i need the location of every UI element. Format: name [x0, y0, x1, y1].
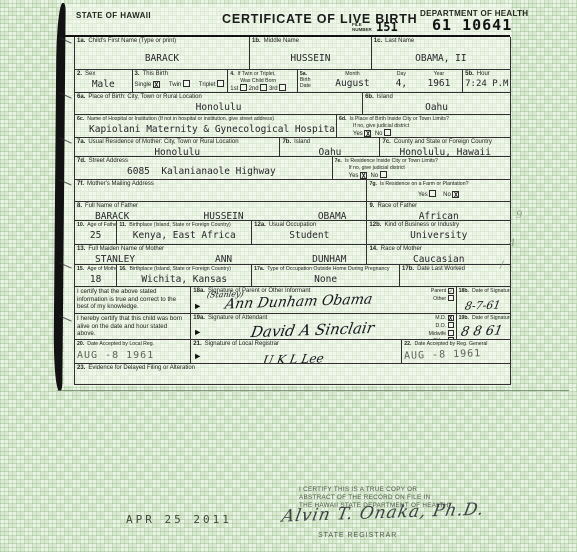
field-7f: 7f.Mother's Mailing Address	[75, 180, 366, 201]
field-6a: 6a.Place of Birth: City, Town or Rural L…	[75, 93, 362, 114]
row-registrar: 20.Date Accepted by Local Reg. AUG -8 19…	[75, 340, 510, 364]
checkbox-6d-no	[384, 129, 391, 136]
field-7a-label: Usual Residence of Mother: City, Town or…	[88, 139, 238, 146]
mother-maiden: DUNHAM	[312, 254, 346, 264]
signature-pointer-icon: ►	[193, 352, 202, 360]
field-11-label: Birthplace (Island, State or Foreign Cou…	[129, 222, 231, 229]
field-3-num: 3.	[135, 71, 140, 78]
month-label: Month	[320, 71, 385, 77]
checkbox-3rd-label: 3rd	[269, 86, 278, 92]
checkbox-md: X	[448, 315, 454, 321]
field-3: 3.This Birth Single XTwin Triplet	[132, 70, 228, 92]
field-5b-value: 7:24 P.M.	[465, 79, 508, 89]
checkbox-2nd	[260, 84, 267, 91]
field-7g-num: 7g.	[369, 181, 377, 188]
year-label: Year	[418, 71, 460, 77]
state-title: STATE OF HAWAII	[76, 11, 151, 20]
row-attendant-signature: I hereby certify that this child was bor…	[75, 314, 510, 340]
no-label: No	[375, 131, 383, 137]
year-value: 1961	[418, 78, 460, 89]
certificate-number: 61 10641	[432, 16, 512, 34]
father-first: BARACK	[95, 211, 129, 220]
field-18a-num: 18a.	[193, 288, 205, 295]
field-1c: 1c.Last Name OBAMA, II	[371, 37, 510, 69]
field-12b-label: Kind of Business or Industry	[384, 222, 459, 229]
field-11-value: Kenya, East Africa	[119, 230, 249, 241]
field-9-value: African	[369, 211, 508, 220]
yes-label: Yes	[353, 131, 363, 137]
field-15-num: 15.	[77, 266, 84, 273]
field-5a-label: Birth Date	[300, 78, 320, 89]
field-2-num: 2.	[77, 71, 82, 78]
field-14-label: Race of Mother	[381, 246, 422, 253]
field-16: 16.Birthplace (Island, State or Foreign …	[116, 265, 251, 286]
field-18a: 18a.Signature of Parent or Other Informa…	[190, 287, 455, 313]
father-last: OBAMA	[318, 211, 347, 220]
field-1a-value: BARACK	[77, 53, 247, 64]
field-17b-label: Date Last Worked	[417, 266, 465, 273]
field-6c: 6c.Name of Hospital or Institution (If n…	[75, 115, 336, 137]
field-7c-num: 7c.	[382, 139, 390, 146]
field-6b: 6b.Island Oahu	[362, 93, 510, 114]
field-19b-value: 8 8 61	[459, 323, 509, 339]
row-father-details: 10.Age of Father 25 11.Birthplace (Islan…	[75, 221, 510, 245]
field-17a-label: Type of Occupation Outside Home During P…	[267, 266, 389, 273]
field-6b-label: Island	[377, 94, 393, 101]
state-registrar-title: STATE REGISTRAR	[318, 532, 397, 539]
field-6d: 6d.Is Place of Birth Inside City or Town…	[336, 115, 510, 137]
field-11: 11.Birthplace (Island, State or Foreign …	[116, 221, 251, 244]
field-13: 13.Full Maiden Name of Mother STANLEYANN…	[75, 245, 366, 264]
field-7a-value: Honolulu	[77, 147, 277, 156]
attendant-certification: I hereby certify that this child was bor…	[75, 314, 190, 339]
field-21: 21.Signature of Local Registrar ► U K L …	[190, 340, 401, 363]
mother-first: STANLEY	[95, 254, 135, 264]
field-19b-label: Date of Signature	[472, 315, 510, 322]
field-1c-num: 1c.	[374, 38, 382, 45]
row-mother-name: 13.Full Maiden Name of Mother STANLEYANN…	[75, 245, 510, 265]
field-20: 20.Date Accepted by Local Reg. AUG -8 19…	[75, 340, 190, 363]
field-6c-value: Kapiolani Maternity & Gynecological Hosp…	[77, 124, 334, 135]
do-label: D.O.	[435, 323, 446, 329]
field-19b-num: 19b.	[459, 315, 469, 322]
field-8-label: Full Name of Father	[85, 203, 138, 210]
checkbox-triplet-label: Triplet	[199, 82, 215, 88]
field-19b: 19b.Date of Signature 8 8 61	[456, 314, 510, 339]
received-date-stamp: APR 25 2011	[126, 513, 232, 526]
form-grid: 1a.Child's First Name (Type or print) BA…	[74, 37, 511, 385]
field-7a: 7a.Usual Residence of Mother: City, Town…	[75, 138, 279, 156]
field-23-label: Evidence for Delayed Filing or Alteratio…	[88, 365, 195, 372]
field-7d: 7d.Street Address 6085 Kalanianaole High…	[75, 157, 332, 179]
certificate-document: { "colors": { "paper_green": "#e7f1e0", …	[0, 0, 577, 552]
signature-pointer-icon: ►	[193, 302, 202, 310]
field-7d-value: 6085 Kalanianaole Highway	[77, 166, 330, 177]
field-4: 4.If Twin or Triplet, Was Child Born 1st…	[227, 70, 297, 92]
field-17b-num: 17b.	[402, 266, 414, 273]
field-5b-label: Hour	[477, 71, 490, 78]
field-14: 14.Race of Mother Caucasian	[366, 245, 510, 264]
signature-pointer-icon: ►	[193, 328, 202, 336]
checkbox-2nd-label: 2nd	[249, 86, 259, 92]
field-3-label: This Birth	[143, 71, 168, 78]
field-7e-label: Is Residence Inside City or Town Limits?	[345, 158, 438, 165]
field-7d-num: 7d.	[77, 158, 86, 165]
field-7g: 7g.Is Residence on a Farm or Plantation?…	[366, 180, 510, 201]
checkbox-single: X	[153, 81, 160, 88]
field-16-label: Birthplace (Island, State or Foreign Cou…	[130, 266, 232, 273]
field-7a-num: 7a.	[77, 139, 85, 146]
field-5b-num: 5b.	[465, 71, 474, 78]
pencil-mark: /	[500, 260, 503, 271]
yes-label: Yes	[418, 192, 428, 198]
parent-certification-text: I certify that the above stated informat…	[77, 288, 188, 311]
field-15-label: Age of Mother	[87, 266, 116, 273]
field-13-num: 13.	[77, 246, 85, 253]
attendant-signature: David A Sinclair	[250, 319, 376, 339]
file-number-value: 151	[376, 20, 398, 34]
field-1a-num: 1a.	[77, 38, 85, 45]
field-23: 23.Evidence for Delayed Filing or Altera…	[75, 364, 510, 384]
checkbox-do	[448, 322, 454, 328]
field-12a-value: Student	[254, 230, 364, 241]
field-5a: 5a.Birth Date Month August Day 4, Year 1…	[297, 70, 462, 92]
row-birth-info: 2.Sex Male 3.This Birth Single XTwin Tri…	[75, 70, 510, 93]
field-7e: 7e.Is Residence Inside City or Town Limi…	[332, 157, 510, 179]
no-label: No	[443, 192, 451, 198]
month-value: August	[320, 78, 385, 89]
field-2-value: Male	[77, 79, 130, 90]
field-19a-label: Signature of Attendant	[208, 315, 267, 322]
row-residence: 7a.Usual Residence of Mother: City, Town…	[75, 138, 510, 157]
field-10: 10.Age of Father 25	[75, 221, 116, 244]
field-17a-num: 17a.	[254, 266, 264, 273]
field-6b-value: Oahu	[365, 102, 508, 113]
local-registrar-signature: U K L Lee	[262, 349, 400, 363]
field-1c-label: Last Name	[385, 38, 414, 45]
checkbox-parent: ✓	[448, 288, 454, 294]
row-father-name: 8.Full Name of Father BARACKHUSSEINOBAMA…	[75, 202, 510, 221]
field-6d-label: Is Place of Birth Inside City or Town Li…	[350, 116, 449, 123]
field-14-value: Caucasian	[369, 254, 508, 264]
field-13-label: Full Maiden Name of Mother	[88, 246, 164, 253]
field-10-label: Age of Father	[87, 222, 116, 229]
field-8: 8.Full Name of Father BARACKHUSSEINOBAMA	[75, 202, 366, 220]
field-18b: 18b.Date of Signature 8-7-61	[456, 287, 510, 313]
field-1b: 1b.Middle Name HUSSEIN	[249, 37, 371, 69]
row-mother-details: 15.Age of Mother 18 16.Birthplace (Islan…	[75, 265, 510, 287]
checkbox-7g-no: X	[452, 191, 459, 198]
field-12b-num: 12b.	[369, 222, 381, 229]
checkbox-1st-label: 1st	[230, 86, 238, 92]
field-20-num: 20.	[77, 341, 84, 348]
field-15: 15.Age of Mother 18	[75, 265, 116, 286]
field-4-label1: If Twin or Triplet,	[238, 71, 276, 78]
checkbox-1st	[240, 84, 247, 91]
field-21-label: Signature of Local Registrar	[205, 341, 279, 348]
field-9-label: Race of Father	[377, 203, 417, 210]
local-reg-date-stamp: AUG -8 1961	[77, 350, 188, 361]
field-18b-value: 8-7-61	[463, 298, 509, 313]
field-16-num: 16.	[119, 266, 126, 273]
field-7g-label: Is Residence on a Farm or Plantation?	[380, 181, 469, 188]
field-1a: 1a.Child's First Name (Type or print) BA…	[75, 37, 249, 69]
midwife-label: Midwife	[429, 331, 447, 337]
field-9-num: 9.	[369, 203, 374, 210]
attendant-certification-text: I hereby certify that this child was bor…	[77, 315, 188, 338]
checkbox-twin-label: Twin	[169, 82, 181, 88]
day-label: Day	[385, 71, 418, 77]
field-7c-value: Honolulu, Hawaii	[382, 147, 508, 156]
field-5b: 5b.Hour 7:24 P.M.	[462, 70, 510, 92]
field-15-value: 18	[77, 274, 114, 285]
field-7c: 7c.County and State or Foreign Country H…	[379, 138, 510, 156]
row-delayed-filing: 23.Evidence for Delayed Filing or Altera…	[75, 364, 510, 384]
field-1b-value: HUSSEIN	[252, 53, 369, 64]
field-18b-num: 18b.	[459, 288, 469, 295]
field-17a-value: None	[254, 274, 397, 285]
field-1c-value: OBAMA, II	[374, 53, 508, 64]
field-2-label: Sex	[85, 71, 95, 78]
field-10-num: 10.	[77, 222, 84, 229]
row-street-address: 7d.Street Address 6085 Kalanianaole High…	[75, 157, 510, 180]
field-1a-label: Child's First Name (Type or print)	[88, 38, 176, 45]
father-middle: HUSSEIN	[204, 211, 244, 220]
field-7b-value: Oahu	[282, 147, 377, 156]
row-informant-signature: I certify that the above stated informat…	[75, 287, 510, 314]
field-7b: 7b.Island Oahu	[279, 138, 379, 156]
field-8-num: 8.	[77, 203, 82, 210]
field-12a-label: Usual Occupation	[269, 222, 316, 229]
checkbox-other	[448, 295, 454, 301]
pencil-mark: 9	[516, 210, 522, 221]
field-7f-label: Mother's Mailing Address	[87, 181, 154, 188]
field-7b-label: Island	[294, 139, 310, 146]
field-9: 9.Race of Father African	[366, 202, 510, 220]
field-19a: 19a.Signature of Attendant ► David A Sin…	[190, 314, 455, 339]
field-4-num: 4.	[230, 71, 234, 78]
field-6a-value: Honolulu	[77, 102, 360, 113]
day-value: 4,	[385, 78, 418, 89]
field-16-value: Wichita, Kansas	[119, 274, 249, 285]
field-18b-label: Date of Signature	[472, 288, 510, 295]
field-6c-num: 6c.	[77, 116, 84, 123]
field-1b-num: 1b.	[252, 38, 261, 45]
row-mailing-address: 7f.Mother's Mailing Address 7g.Is Reside…	[75, 180, 510, 202]
field-19a-num: 19a.	[193, 315, 205, 322]
pencil-mark: 4	[509, 238, 515, 249]
no-label: No	[370, 173, 378, 179]
field-22: 22.Date Accepted by Reg. General AUG -8 …	[401, 340, 510, 363]
field-6a-num: 6a.	[77, 94, 85, 101]
row-child-name: 1a.Child's First Name (Type or print) BA…	[75, 37, 510, 70]
field-1b-label: Middle Name	[264, 38, 299, 45]
row-hospital: 6c.Name of Hospital or Institution (If n…	[75, 115, 510, 138]
field-7b-num: 7b.	[282, 139, 291, 146]
checkbox-attendant-other	[448, 337, 454, 339]
parent-certification: I certify that the above stated informat…	[75, 287, 190, 313]
field-17a: 17a.Type of Occupation Outside Home Duri…	[251, 265, 399, 286]
field-22-num: 22.	[404, 341, 411, 348]
field-6a-label: Place of Birth: City, Town or Rural Loca…	[88, 94, 202, 101]
checkbox-twin	[183, 80, 190, 87]
field-7f-num: 7f.	[77, 181, 84, 188]
file-number-label: FILE NUMBER	[352, 22, 374, 32]
checkbox-6d-yes: X	[364, 130, 371, 137]
checkbox-triplet	[217, 80, 224, 87]
field-2: 2.Sex Male	[75, 70, 132, 92]
field-7e-num: 7e.	[335, 158, 342, 165]
checkbox-3rd	[279, 84, 286, 91]
true-copy-line1: I CERTIFY THIS IS A TRUE COPY OR	[299, 486, 417, 493]
yes-label: Yes	[349, 173, 359, 179]
field-11-num: 11.	[119, 222, 126, 229]
field-23-num: 23.	[77, 365, 85, 372]
checkbox-7e-no	[380, 171, 387, 178]
mother-middle: ANN	[215, 254, 232, 264]
row-place-of-birth: 6a.Place of Birth: City, Town or Rural L…	[75, 93, 510, 115]
field-6d-num: 6d.	[339, 116, 347, 123]
parent-checkbox-label: Parent	[431, 288, 446, 294]
checkbox-7e-yes: X	[360, 172, 367, 179]
field-7c-label: County and State or Foreign Country	[394, 139, 492, 146]
other-checkbox-label: Other	[433, 296, 446, 302]
field-6c-label: Name of Hospital or Institution (If not …	[87, 116, 274, 123]
field-10-value: 25	[77, 230, 114, 241]
checkbox-7g-yes	[429, 190, 436, 197]
field-12a-num: 12a.	[254, 222, 266, 229]
reg-general-date-stamp: AUG -8 1961	[404, 347, 508, 362]
field-17b: 17b.Date Last Worked	[399, 265, 510, 286]
field-21-num: 21.	[193, 341, 201, 348]
field-12b: 12b.Kind of Business or Industry Univers…	[366, 221, 510, 244]
true-copy-line2: ABSTRACT OF THE RECORD ON FILE IN	[299, 494, 430, 501]
field-20-label: Date Accepted by Local Reg.	[87, 341, 154, 348]
field-12a: 12a.Usual Occupation Student	[251, 221, 366, 244]
other-label: Other	[433, 338, 446, 339]
md-label: M.D.	[435, 315, 446, 321]
field-12b-value: University	[369, 230, 508, 241]
checkbox-midwife	[448, 330, 454, 336]
field-7d-label: Street Address	[89, 158, 128, 165]
form-bottom-line	[57, 390, 569, 391]
field-6b-num: 6b.	[365, 94, 374, 101]
checkbox-single-label: Single	[135, 82, 152, 88]
field-22-label: Date Accepted by Reg. General	[414, 341, 487, 348]
field-14-num: 14.	[369, 246, 377, 253]
